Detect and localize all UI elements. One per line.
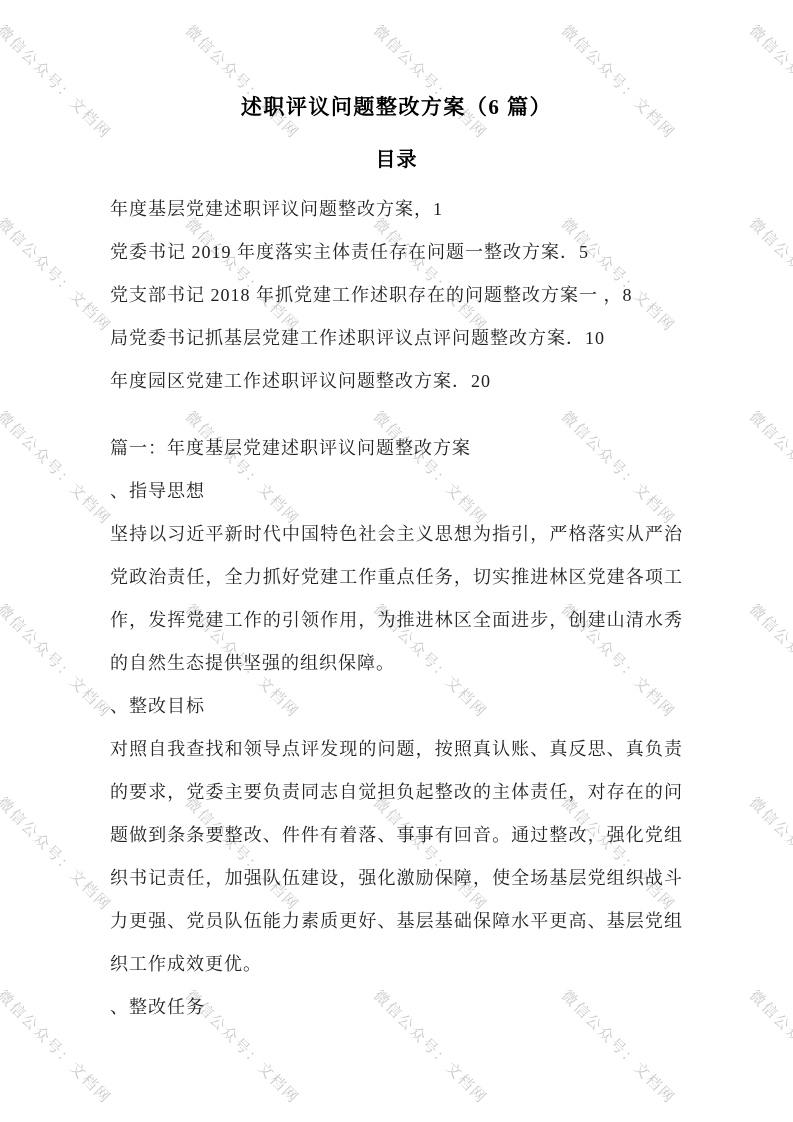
paragraph: 对照自我查找和领导点评发现的问题，按照真认账、真反思、真负责的要求，党委主要负责… [110, 728, 683, 986]
watermark-text: 微信公众号：文档网 [0, 792, 116, 915]
watermark-text: 微信公众号：文档网 [0, 406, 116, 529]
toc-entry: 党支部书记 2018 年抓党建工作述职存在的问题整改方案一 ，8 [110, 274, 683, 317]
document-page: 微信公众号：文档网微信公众号：文档网微信公众号：文档网微信公众号：文档网微信公众… [0, 0, 793, 1122]
watermark-text: 微信公众号：文档网 [745, 213, 793, 336]
watermark-text: 微信公众号：文档网 [745, 599, 793, 722]
paragraph: 坚持以习近平新时代中国特色社会主义思想为指引，严格落实从严治党政治责任，全力抓好… [110, 513, 683, 685]
section-heading: 篇一：年度基层党建述职评议问题整改方案 [110, 427, 683, 470]
toc-entry: 党委书记 2019 年度落实主体责任存在问题一整改方案．5 [110, 231, 683, 274]
sub-heading: 、整改目标 [110, 685, 683, 728]
toc-entry: 局党委书记抓基层党建工作述职评议点评问题整改方案．10 [110, 317, 683, 360]
sub-heading: 、指导思想 [110, 470, 683, 513]
document-title: 述职评议问题整改方案（6 篇） [110, 92, 683, 122]
document-body: 篇一：年度基层党建述职评议问题整改方案、指导思想坚持以习近平新时代中国特色社会主… [110, 427, 683, 1029]
watermark-text: 微信公众号：文档网 [0, 20, 116, 143]
toc-entry: 年度园区党建工作述职评议问题整改方案．20 [110, 360, 683, 403]
watermark-text: 微信公众号：文档网 [745, 20, 793, 143]
watermark-text: 微信公众号：文档网 [0, 599, 116, 722]
watermark-text: 微信公众号：文档网 [745, 792, 793, 915]
toc-heading: 目录 [110, 146, 683, 174]
watermark-text: 微信公众号：文档网 [745, 985, 793, 1108]
toc-list: 年度基层党建述职评议问题整改方案，1党委书记 2019 年度落实主体责任存在问题… [110, 188, 683, 403]
watermark-text: 微信公众号：文档网 [0, 985, 116, 1108]
toc-entry: 年度基层党建述职评议问题整改方案，1 [110, 188, 683, 231]
page-content: 述职评议问题整改方案（6 篇） 目录 年度基层党建述职评议问题整改方案，1党委书… [110, 0, 683, 1029]
watermark-text: 微信公众号：文档网 [745, 406, 793, 529]
sub-heading: 、整改任务 [110, 986, 683, 1029]
watermark-text: 微信公众号：文档网 [0, 213, 116, 336]
